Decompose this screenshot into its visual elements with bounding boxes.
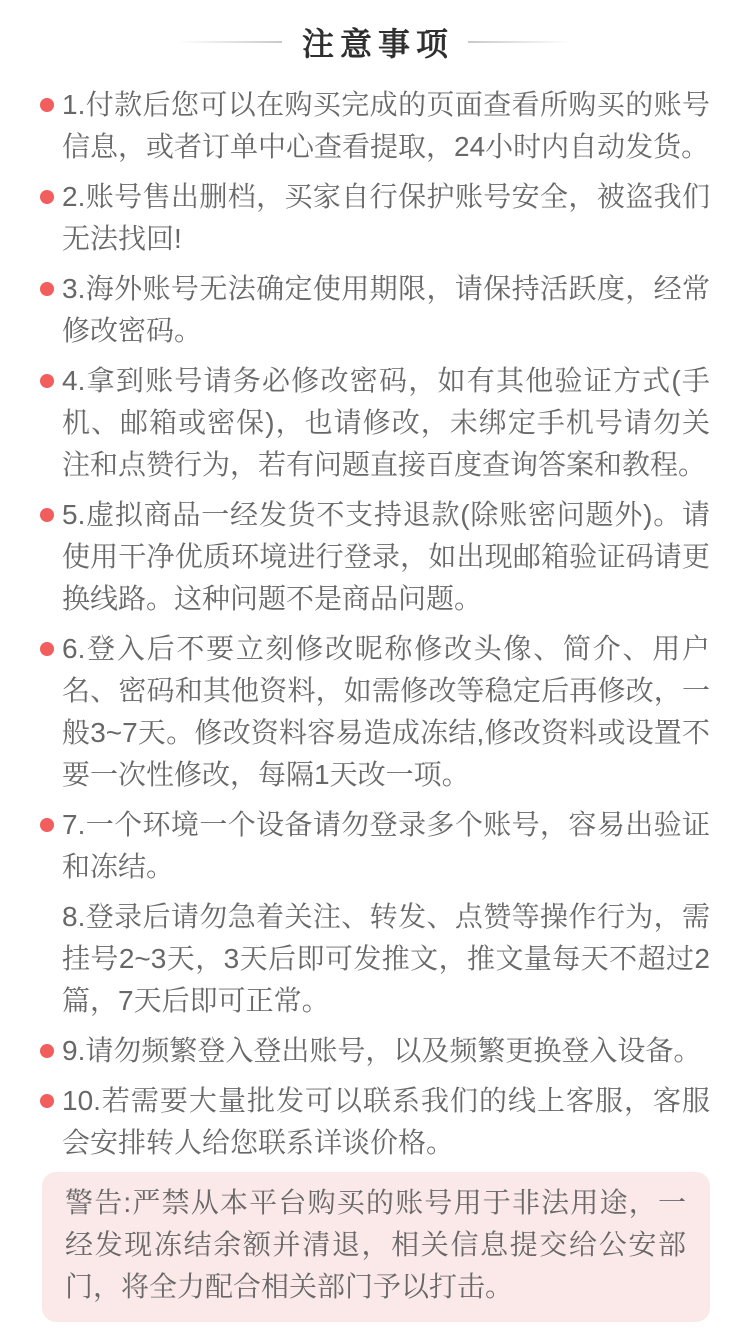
note-text: 8.登录后请勿急着关注、转发、点赞等操作行为，需挂号2~3天，3天后即可发推文，… [62,901,710,1016]
bullet-dot-icon [40,190,54,204]
note-text: 1.付款后您可以在购买完成的页面查看所购买的账号信息，或者订单中心查看提取，24… [62,89,710,162]
warning-text: 警告:严禁从本平台购买的账号用于非法用途，一经发现冻结余额并清退，相关信息提交给… [65,1187,686,1302]
note-item-7: 7.一个环境一个设备请勿登录多个账号，容易出验证和冻结。 [40,804,710,888]
page-title: 注意事项 [302,19,454,65]
bullet-dot-icon [40,508,54,522]
bullet-dot-icon [40,642,54,656]
note-item-4: 4.拿到账号请务必修改密码，如有其他验证方式(手机、邮箱或密保)，也请修改，未绑… [40,360,710,486]
note-item-8: 8.登录后请勿急着关注、转发、点赞等操作行为，需挂号2~3天，3天后即可发推文，… [40,896,710,1022]
notice-page: 注意事项 1.付款后您可以在购买完成的页面查看所购买的账号信息，或者订单中心查看… [0,0,750,1339]
note-item-5: 5.虚拟商品一经发货不支持退款(除账密问题外)。请使用干净优质环境进行登录，如出… [40,494,710,620]
note-item-2: 2.账号售出删档，买家自行保护账号安全，被盗我们无法找回! [40,176,710,260]
note-item-1: 1.付款后您可以在购买完成的页面查看所购买的账号信息，或者订单中心查看提取，24… [40,84,710,168]
title-bar: 注意事项 [0,22,750,62]
note-text: 3.海外账号无法确定使用期限，请保持活跃度，经常修改密码。 [62,273,710,346]
bullet-dot-icon [40,1044,54,1058]
note-item-6: 6.登入后不要立刻修改昵称修改头像、简介、用户名、密码和其他资料，如需修改等稳定… [40,628,710,796]
title-divider-right [468,41,572,43]
bullet-dot-icon [40,1094,54,1108]
notes-list: 1.付款后您可以在购买完成的页面查看所购买的账号信息，或者订单中心查看提取，24… [0,84,750,1164]
bullet-dot-icon [40,98,54,112]
note-text: 10.若需要大量批发可以联系我们的线上客服，客服会安排转人给您联系详谈价格。 [62,1085,710,1158]
note-text: 2.账号售出删档，买家自行保护账号安全，被盗我们无法找回! [62,181,710,254]
warning-box: 警告:严禁从本平台购买的账号用于非法用途，一经发现冻结余额并清退，相关信息提交给… [42,1172,710,1322]
note-text: 7.一个环境一个设备请勿登录多个账号，容易出验证和冻结。 [62,809,710,882]
note-item-3: 3.海外账号无法确定使用期限，请保持活跃度，经常修改密码。 [40,268,710,352]
note-item-9: 9.请勿频繁登入登出账号，以及频繁更换登入设备。 [40,1030,710,1072]
note-text: 6.登入后不要立刻修改昵称修改头像、简介、用户名、密码和其他资料，如需修改等稳定… [62,633,710,790]
bullet-dot-icon [40,374,54,388]
note-item-10: 10.若需要大量批发可以联系我们的线上客服，客服会安排转人给您联系详谈价格。 [40,1080,710,1164]
note-text: 4.拿到账号请务必修改密码，如有其他验证方式(手机、邮箱或密保)，也请修改，未绑… [62,365,710,480]
title-divider-left [178,41,282,43]
bullet-dot-icon [40,818,54,832]
note-text: 5.虚拟商品一经发货不支持退款(除账密问题外)。请使用干净优质环境进行登录，如出… [62,499,710,614]
note-text: 9.请勿频繁登入登出账号，以及频繁更换登入设备。 [62,1035,701,1066]
bullet-dot-icon [40,282,54,296]
